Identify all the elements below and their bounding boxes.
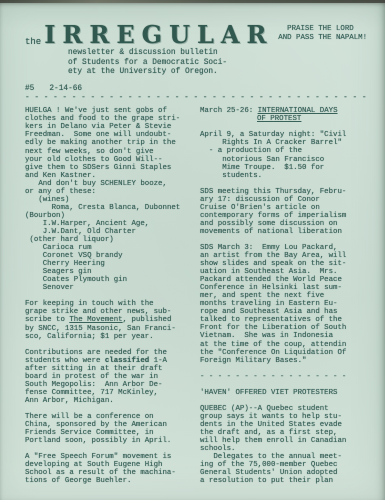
- protest-days-heading: March 25-26: INTERNATIONAL DAYSOF PROTES…: [200, 107, 367, 123]
- contributions-paragraph: Contributions are needed for the student…: [25, 349, 192, 405]
- newsletter-page: the IRREGULAR PRAISE THE LORD AND PASS T…: [0, 0, 385, 500]
- right-column: March 25-26: INTERNATIONAL DAYSOF PROTES…: [200, 107, 367, 493]
- china-conference-paragraph: There will be a conference on China, spo…: [25, 413, 192, 445]
- free-speech-paragraph: A "Free Speech Forum" movement is develo…: [25, 453, 192, 485]
- issue-date: 2-14-66: [49, 85, 82, 93]
- scan-edge: [0, 0, 385, 3]
- masthead: the IRREGULAR PRAISE THE LORD AND PASS T…: [25, 22, 367, 48]
- haven-heading: 'HAVEN' OFFERED VIET PROTESTERS: [200, 389, 367, 397]
- sds-meeting-paragraph: SDS meeting this Thursday, Febru- ary 17…: [200, 188, 367, 236]
- quebec-paragraph: QUEBEC (AP)--A Quebec student group says…: [200, 405, 367, 485]
- protest-title-line2: OF PROTEST: [200, 115, 367, 123]
- issue-line: #5 2-14-66: [25, 85, 367, 93]
- masthead-slogan: PRAISE THE LORD AND PASS THE NAPALM!: [278, 22, 367, 43]
- protest-date: March 25-26:: [200, 107, 258, 115]
- contributions-emphasis: classified: [105, 357, 149, 365]
- sds-march-paragraph: SDS March 3: Emmy Lou Packard, an artist…: [200, 244, 367, 365]
- issue-number: #5: [25, 85, 34, 93]
- movement-paragraph: For keeping in touch with the grape stri…: [25, 300, 192, 340]
- movement-title: The Movement: [69, 316, 122, 324]
- dashed-rule: - - - - - - - - - - - - - - - - - - - - …: [25, 94, 367, 103]
- masthead-title: IRREGULAR: [44, 22, 273, 48]
- body-columns: HUELGA ! We've just sent gobs of clothes…: [25, 107, 367, 493]
- page-content: the IRREGULAR PRAISE THE LORD AND PASS T…: [25, 22, 367, 493]
- left-column: HUELGA ! We've just sent gobs of clothes…: [25, 107, 192, 493]
- masthead-the: the: [25, 37, 41, 47]
- section-divider: - - - - - - - - - - - - - - - - -: [200, 373, 367, 381]
- huelga-paragraph: HUELGA ! We've just sent gobs of clothes…: [25, 107, 192, 292]
- april9-paragraph: April 9, a Saturday night: "Civil Rights…: [200, 131, 367, 179]
- contributions-text-after: 1-A after sitting in at their draft boar…: [25, 357, 167, 405]
- masthead-subtitle: newsletter & discussion bulletin of Stud…: [68, 49, 367, 77]
